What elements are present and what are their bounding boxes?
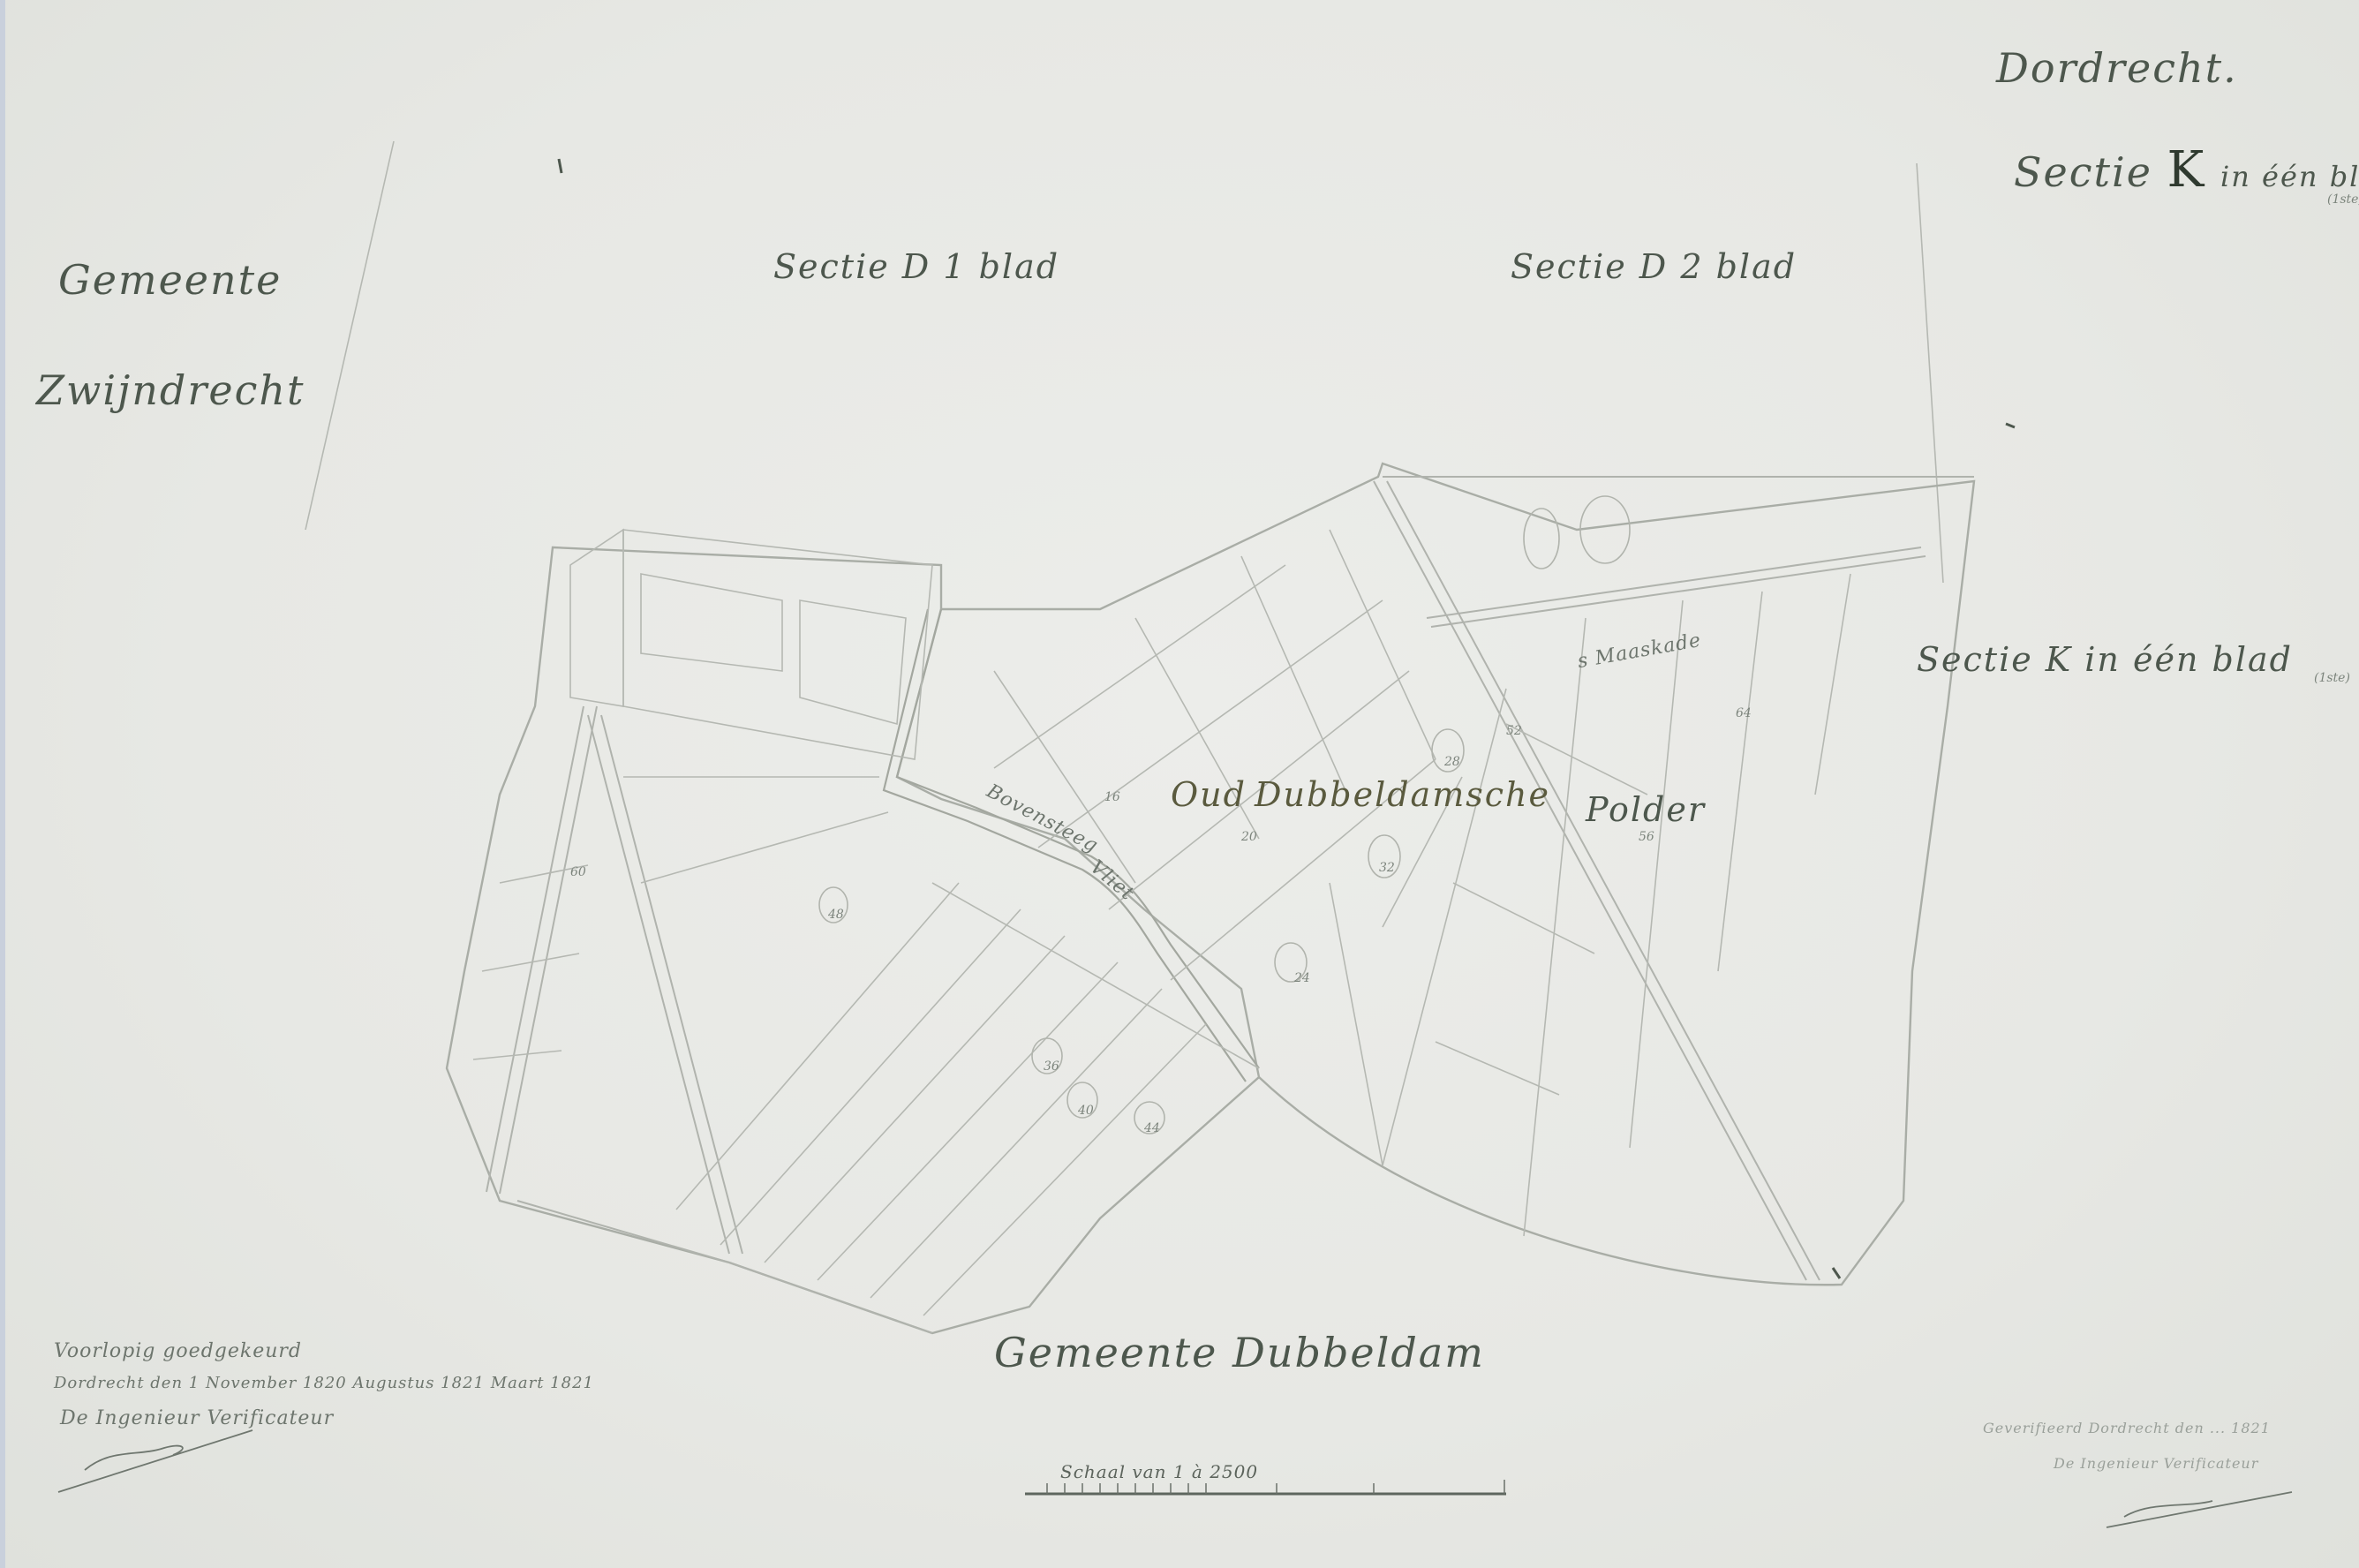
- town-block: [623, 530, 932, 759]
- parcel-number: 52: [1506, 724, 1522, 738]
- section-letter: K: [2167, 141, 2206, 199]
- parcel-number: 40: [1078, 1104, 1094, 1118]
- section-title: Sectie K in één blad: [2014, 141, 2359, 199]
- east-section-note: (1ste): [2314, 671, 2350, 685]
- certification-left-line2: Dordrecht den 1 November 1820 Augustus 1…: [54, 1374, 594, 1392]
- parcel-number: 36: [1044, 1059, 1059, 1074]
- parcel-number: 44: [1144, 1121, 1160, 1135]
- internal-road-b: [601, 715, 742, 1254]
- section-word: Sectie: [2014, 148, 2152, 196]
- north-section-left: Sectie D 1 blad: [773, 247, 1059, 286]
- polder-label-2: Dubbeldamsche: [1255, 775, 1550, 814]
- south-road: [517, 1201, 932, 1333]
- north-section-right: Sectie D 2 blad: [1511, 247, 1797, 286]
- scale-label: Schaal van 1 à 2500: [1060, 1461, 1258, 1482]
- west-road-a: [486, 706, 584, 1192]
- west-municipality-line2: Zwijndrecht: [36, 366, 305, 414]
- polder-label-1: Oud: [1171, 775, 1247, 814]
- parcel-number: 60: [570, 865, 586, 879]
- parcel-lines-west: [473, 777, 1259, 1315]
- signature-left-stroke: [58, 1430, 252, 1492]
- dike-road: [1383, 477, 1974, 627]
- signature-right-flourish: [2124, 1501, 2212, 1517]
- certification-right-line1: Geverifieerd Dordrecht den ... 1821: [1983, 1420, 2271, 1436]
- mark-south-east: [1833, 1268, 1840, 1278]
- south-municipality: Gemeente Dubbeldam: [994, 1329, 1485, 1376]
- parcel-number: 32: [1379, 861, 1395, 875]
- municipal-boundary-east: [1917, 163, 1943, 583]
- diagonal-road-b: [1387, 481, 1820, 1280]
- mark-north: [559, 159, 561, 173]
- parcel-number: 20: [1241, 830, 1257, 844]
- municipality-title: Dordrecht.: [1996, 44, 2238, 92]
- parcel-number: 28: [1444, 755, 1460, 769]
- certification-left-line1: Voorlopig goedgekeurd: [54, 1340, 302, 1362]
- parcel-number: 64: [1736, 706, 1752, 720]
- certification-left-line3: De Ingenieur Verificateur: [60, 1407, 334, 1429]
- parcel-number: 24: [1294, 971, 1310, 985]
- polder-label-3: Polder: [1586, 790, 1706, 829]
- mark-east: [2006, 424, 2015, 427]
- municipal-boundary-west: [305, 141, 394, 530]
- west-road-b: [500, 706, 597, 1194]
- signature-right-stroke: [2107, 1492, 2292, 1527]
- sheet-subnote: (1ste): [2327, 192, 2359, 207]
- west-municipality-line1: Gemeente: [58, 256, 282, 304]
- east-section: Sectie K in één blad: [1917, 640, 2293, 679]
- sheet-note: in één blad: [2220, 160, 2359, 193]
- certification-right-line2: De Ingenieur Verificateur: [2054, 1455, 2258, 1472]
- diagonal-road-a: [1374, 481, 1806, 1280]
- parcel-number: 48: [828, 908, 844, 922]
- parcel-number: 56: [1639, 830, 1654, 844]
- map-sheet: Dordrecht. Sectie K in één blad (1ste) G…: [0, 0, 2359, 1568]
- parcel-number: 16: [1104, 790, 1120, 804]
